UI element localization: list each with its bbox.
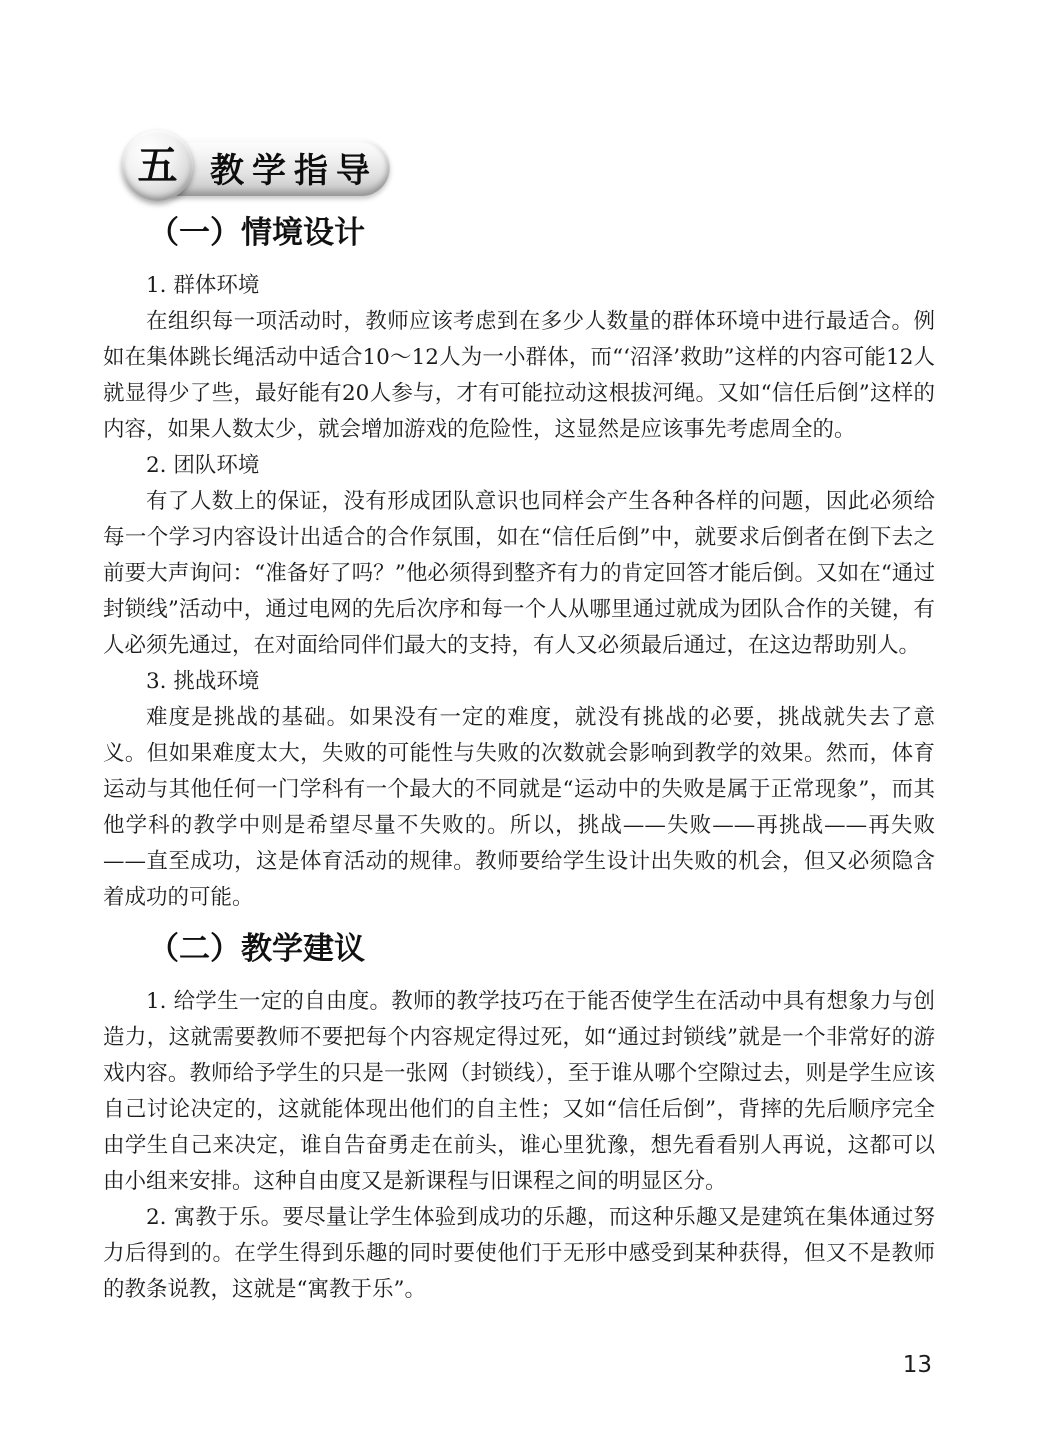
paragraph-team-environment: 有了人数上的保证，没有形成团队意识也同样会产生各种各样的问题，因此必须给每一个学…	[103, 484, 935, 664]
badge-circle: 五	[122, 130, 193, 201]
paragraph-challenge-environment: 难度是挑战的基础。如果没有一定的难度，就没有挑战的必要，挑战就失去了意义。但如果…	[103, 700, 935, 916]
subheading-group-environment: 1. 群体环境	[103, 268, 935, 304]
subheading-challenge-environment: 3. 挑战环境	[103, 664, 935, 700]
section-2-heading: （二）教学建议	[103, 928, 935, 970]
page-number: 13	[903, 1352, 932, 1378]
document-page: 教学指导 五 （一）情境设计 1. 群体环境 在组织每一项活动时，教师应该考虑到…	[0, 0, 1038, 1452]
section-badge: 教学指导 五	[122, 130, 392, 202]
paragraph-edutainment: 2. 寓教于乐。要尽量让学生体验到成功的乐趣，而这种乐趣又是建筑在集体通过努力后…	[103, 1200, 935, 1308]
page-content: 教学指导 五 （一）情境设计 1. 群体环境 在组织每一项活动时，教师应该考虑到…	[103, 0, 935, 1308]
subheading-team-environment: 2. 团队环境	[103, 448, 935, 484]
badge-title: 教学指导	[210, 143, 378, 192]
badge-index-numeral: 五	[138, 146, 178, 186]
paragraph-group-environment: 在组织每一项活动时，教师应该考虑到在多少人数量的群体环境中进行最适合。例如在集体…	[103, 304, 935, 448]
section-1-heading: （一）情境设计	[103, 212, 935, 254]
paragraph-freedom: 1. 给学生一定的自由度。教师的教学技巧在于能否使学生在活动中具有想象力与创造力…	[103, 984, 935, 1200]
